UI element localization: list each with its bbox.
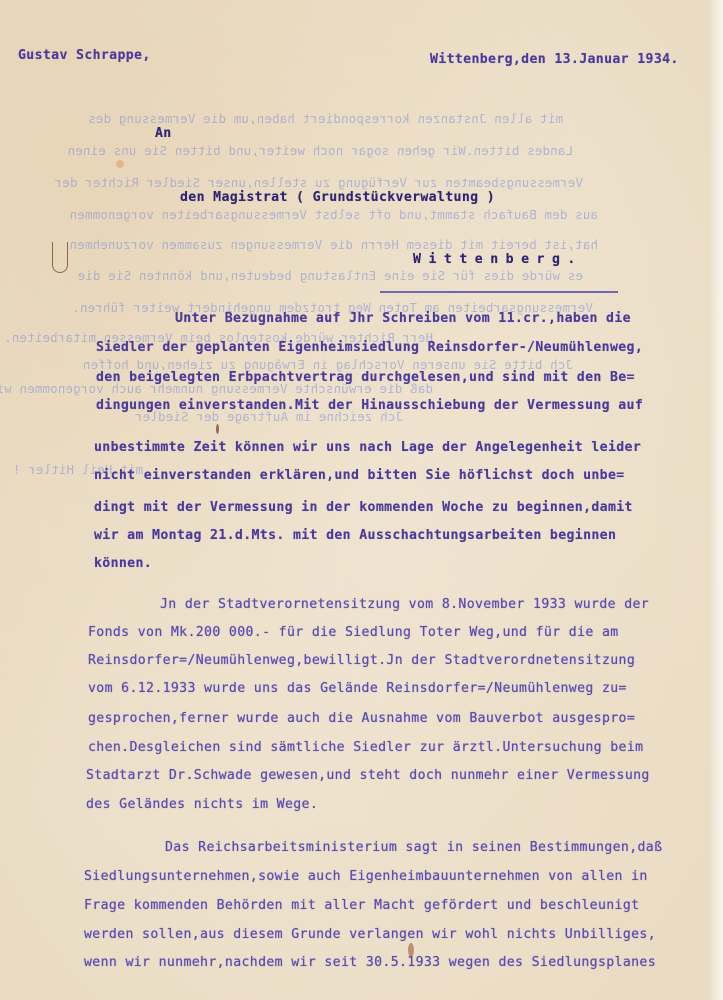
- body-line: Siedler der geplanten Eigenheimsiedlung …: [96, 340, 643, 355]
- body-line: Siedlungsunternehmen,sowie auch Eigenhei…: [84, 869, 648, 884]
- recipient-name: den Magistrat ( Grundstückverwaltung ): [180, 190, 495, 205]
- body-line: Fonds von Mk.200 000.- für die Siedlung …: [88, 625, 619, 640]
- body-line: Frage kommenden Behörden mit aller Macht…: [84, 898, 639, 913]
- bleed-line: Vermessungsbeamten zur Verfügung zu stel…: [54, 175, 583, 190]
- bleed-line: es würde dies für Sie eine Entlastung be…: [77, 268, 583, 283]
- recipient-prefix: An: [155, 126, 172, 141]
- recipient-city: Wittenberg.: [413, 252, 583, 267]
- stain: [216, 424, 219, 434]
- body-line: Unter Bezugnahme auf Jhr Schreiben vom 1…: [175, 311, 631, 326]
- body-line: Das Reichsarbeitsministerium sagt in sei…: [165, 840, 662, 855]
- body-line: chen.Desgleichen sind sämtliche Siedler …: [88, 740, 643, 755]
- bleed-line: hat,ist bereit mit diesem Herrn die Verm…: [69, 237, 598, 252]
- body-line: Stadtarzt Dr.Schwade gewesen,und steht d…: [86, 768, 650, 783]
- bleed-line: aus dem Baufach stammt,und oft selbst Ve…: [69, 207, 598, 222]
- body-line: können.: [94, 556, 152, 571]
- sender-name: Gustav Schrappe,: [18, 48, 151, 63]
- body-line: den beigelegten Erbpachtvertrag durchgel…: [96, 370, 635, 385]
- bleed-line: mit allen Jnstanzen korrespondiert haben…: [88, 111, 563, 126]
- body-line: unbestimmte Zeit können wir uns nach Lag…: [94, 440, 641, 455]
- body-line: nicht einverstanden erklären,und bitten …: [94, 468, 625, 483]
- body-line: Reinsdorfer=/Neumühlenweg,bewilligt.Jn d…: [88, 653, 635, 668]
- body-line: gesprochen,ferner wurde auch die Ausnahm…: [88, 711, 635, 726]
- recipient-underline: [380, 291, 618, 293]
- stain: [116, 160, 124, 168]
- hair-artifact: [52, 242, 68, 273]
- bleed-line: Landes bitten.Wir gehen sogar noch weite…: [67, 143, 573, 158]
- place-date: Wittenberg,den 13.Januar 1934.: [430, 52, 679, 67]
- body-line: wir am Montag 21.d.Mts. mit den Ausschac…: [94, 528, 616, 543]
- body-line: des Geländes nichts im Wege.: [86, 797, 318, 812]
- body-line: wenn wir nunmehr,nachdem wir seit 30.5.1…: [84, 955, 656, 970]
- body-line: Jn der Stadtverornetensitzung vom 8.Nove…: [160, 597, 649, 612]
- letter-page: mit allen Jnstanzen korrespondiert haben…: [0, 0, 723, 1000]
- body-line: dingt mit der Vermessung in der kommende…: [94, 500, 633, 515]
- body-line: dingungen einverstanden.Mit der Hinaussc…: [96, 398, 643, 413]
- body-line: vom 6.12.1933 wurde uns das Gelände Rein…: [88, 681, 627, 696]
- body-line: werden sollen,aus diesem Grunde verlange…: [84, 927, 656, 942]
